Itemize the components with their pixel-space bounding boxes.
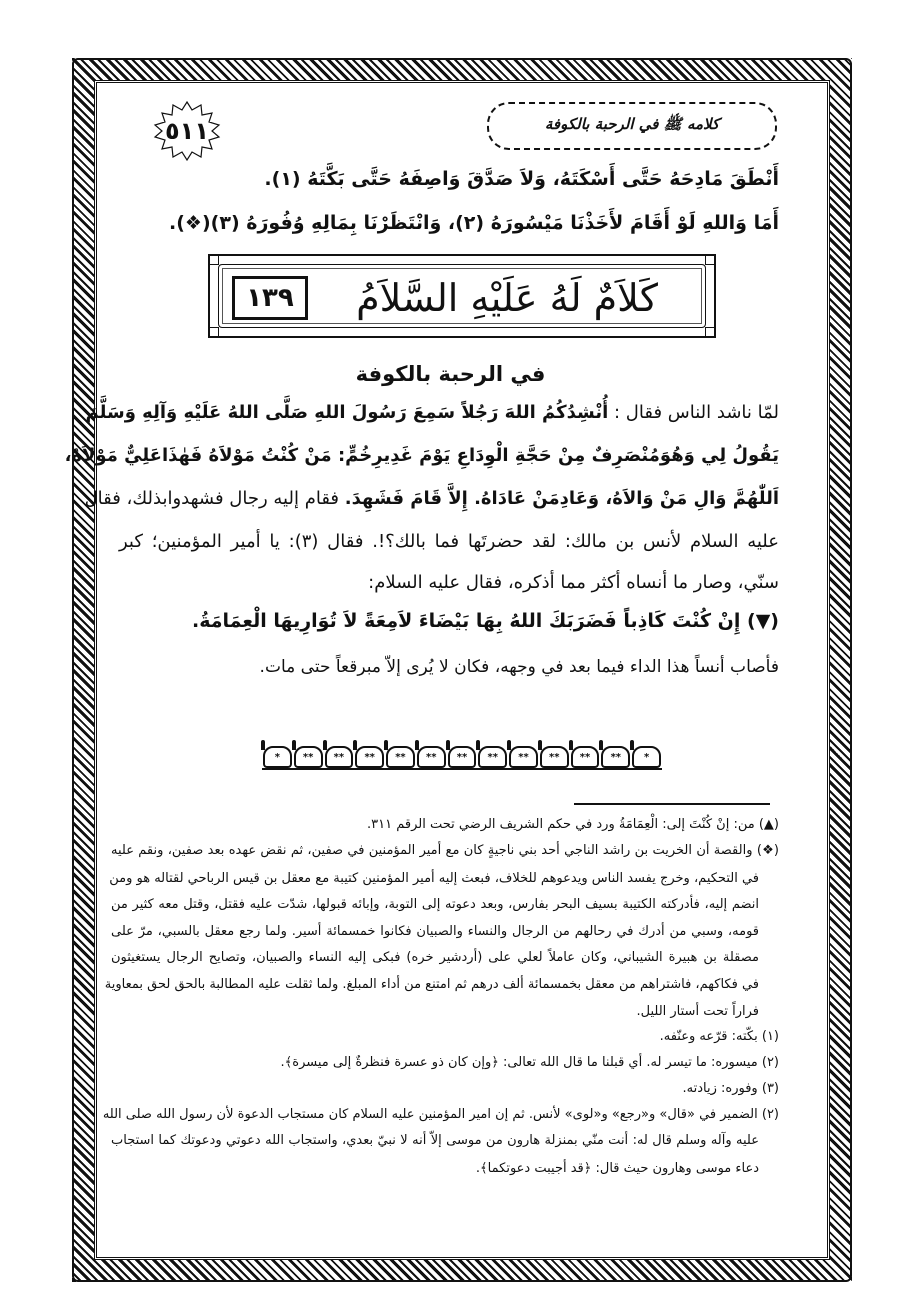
footnote-text: والقصة أن الخريت بن راشد الناجي أحد بني … <box>111 843 752 858</box>
running-header-text: كلامه ﷺ في الرحبة بالكوفة <box>545 115 719 137</box>
ornament-cell: ** <box>540 746 569 768</box>
body-line-plain: لمّا ناشد الناس فقال : <box>608 402 779 423</box>
footnote-line: (❖) والقصة أن الخريت بن راشد الناجي أحد … <box>111 838 779 864</box>
ornament-cell: * <box>263 746 292 768</box>
footnote-marker: (❖) <box>757 843 779 858</box>
page-number-badge: ٥١١ <box>152 100 222 162</box>
footnote-line: دعاء موسى وهارون حيث قال: ﴿قد أجيبت دعوت… <box>111 1156 759 1182</box>
footnote-line: (٢) ميسوره: ما تيسر له. أي قبلنا ما قال … <box>111 1050 779 1076</box>
footnote-line: مصقلة بن هبيرة الشيباني، وكان عاملاً لعل… <box>111 945 759 971</box>
running-header: كلامه ﷺ في الرحبة بالكوفة <box>487 102 777 150</box>
ornament-cell: ** <box>601 746 630 768</box>
footnote-line: (٣) وفوره: زيادته. <box>111 1076 779 1102</box>
ornament-cell: * <box>632 746 661 768</box>
footnote-text: ميسوره: ما تيسر له. أي قبلنا ما قال الله… <box>281 1055 758 1070</box>
body-line-quote: يَقُولُ لِي وَهُوَمُنْصَرِفٌ مِنْ حَجَّة… <box>65 445 779 466</box>
section-number: ١٣٩ <box>232 276 308 320</box>
ornament-cell: ** <box>417 746 446 768</box>
footnote-text: عليه وآله وسلم قال له: أنت منّي بمنزلة ه… <box>111 1133 759 1148</box>
footnote-text: انضم إليه، فأدركته الكتيبة بسيف البحر بف… <box>111 897 759 912</box>
section-title: كَلاَمٌ لَهُ عَلَيْهِ السَّلاَمُ <box>320 270 694 326</box>
section-subtitle: في الرحبة بالكوفة <box>0 362 901 386</box>
intro-verse-1: أَنْطَقَ مَادِحَهُ حَتَّى أَسْكَتَهُ، وَ… <box>264 168 779 190</box>
body-line-2: يَقُولُ لِي وَهُوَمُنْصَرِفٌ مِنْ حَجَّة… <box>119 445 779 466</box>
footnote-line: (١) بكّته: قرّعه وعنّفه. <box>111 1024 779 1050</box>
footnote-line: في فكاكهم، فاشتراهم من معقل بخمسمائة ألف… <box>111 972 759 998</box>
footnote-text: من: إنْ كُنْتَ إلى: الْعِمَامَةُ ورد في … <box>367 817 755 832</box>
body-line-plain: عليه السلام لأنس بن مالك: لقد حضرتَها فم… <box>119 531 779 552</box>
footnote-line: (٢) الضمير في «قال» و«رجع» و«لوى» لأنس. … <box>111 1102 779 1128</box>
corner-ornament <box>705 327 715 337</box>
quote-line: (▼) إِنْ كُنْتَ كَاذِباً فَضَرَبَكَ الله… <box>119 610 779 632</box>
corner-ornament <box>209 255 219 265</box>
body-line-3: اَللّٰهُمَّ وَالِ مَنْ وَالاَهُ، وَعَادِ… <box>119 488 779 509</box>
footnote-text: دعاء موسى وهارون حيث قال: ﴿قد أجيبت دعوت… <box>476 1161 759 1176</box>
footnote-line: عليه وآله وسلم قال له: أنت منّي بمنزلة ه… <box>111 1128 759 1154</box>
body-line-quote: اَللّٰهُمَّ وَالِ مَنْ وَالاَهُ، وَعَادِ… <box>345 488 779 509</box>
corner-ornament <box>209 327 219 337</box>
footnote-text: في فكاكهم، فاشتراهم من معقل بخمسمائة ألف… <box>105 977 759 992</box>
page-number: ٥١١ <box>165 117 209 145</box>
footnote-line: (▲) من: إنْ كُنْتَ إلى: الْعِمَامَةُ ورد… <box>111 812 779 838</box>
body-line-plain: فقام إليه رجال فشهدوابذلك، فقال <box>85 488 345 509</box>
footnote-line: فراراً تحت أستار الليل. <box>111 999 759 1025</box>
footnote-line: انضم إليه، فأدركته الكتيبة بسيف البحر بف… <box>111 892 759 918</box>
ornament-cell: ** <box>478 746 507 768</box>
ornament-cell: ** <box>386 746 415 768</box>
footnote-text: الضمير في «قال» و«رجع» و«لوى» لأنس. ثم إ… <box>103 1107 758 1122</box>
footnote-marker: (٢) <box>762 1107 779 1122</box>
footnote-separator <box>574 803 770 805</box>
ornamental-divider: ************************ <box>262 742 662 770</box>
footnote-text: مصقلة بن هبيرة الشيباني، وكان عاملاً لعل… <box>111 950 759 965</box>
footnote-line: قومه، وسبي من أدرك في رحالهم من الرجال و… <box>111 919 759 945</box>
footnote-text: بكّته: قرّعه وعنّفه. <box>660 1029 758 1044</box>
footnote-text: في التحكيم، وخرج يفسد الناس ويدعوهم للخل… <box>109 871 759 886</box>
body-line-plain: سنّي، وصار ما أنساه أكثر مما أذكره، فقال… <box>368 572 779 593</box>
footnote-line: في التحكيم، وخرج يفسد الناس ويدعوهم للخل… <box>111 866 759 892</box>
footnote-marker: (▲) <box>759 817 779 832</box>
body-line-quote: أُنْشِدُكُمُ اللهَ رَجُلاً سَمِعَ رَسُول… <box>86 402 609 423</box>
body-line-4: عليه السلام لأنس بن مالك: لقد حضرتَها فم… <box>119 531 779 552</box>
closing-line: فأصاب أنساً هذا الداء فيما بعد في وجهه، … <box>119 657 779 677</box>
ornament-cell: ** <box>355 746 384 768</box>
intro-verse-2: أَمَا وَاللهِ لَوْ أَقَامَ لأَخَذْنَا مَ… <box>169 212 779 234</box>
body-line-5: سنّي، وصار ما أنساه أكثر مما أذكره، فقال… <box>119 572 779 593</box>
ornament-cell: ** <box>571 746 600 768</box>
footnote-text: قومه، وسبي من أدرك في رحالهم من الرجال و… <box>111 924 759 939</box>
body-line-1: لمّا ناشد الناس فقال : أُنْشِدُكُمُ الله… <box>119 402 779 423</box>
footnote-text: فراراً تحت أستار الليل. <box>636 1004 759 1019</box>
footnote-marker: (٣) <box>762 1081 779 1096</box>
footnote-text: وفوره: زيادته. <box>683 1081 758 1096</box>
ornament-cell: ** <box>448 746 477 768</box>
corner-ornament <box>705 255 715 265</box>
footnote-marker: (٢) <box>762 1055 779 1070</box>
ornament-cell: ** <box>325 746 354 768</box>
ornament-cell: ** <box>509 746 538 768</box>
footnote-marker: (١) <box>762 1029 779 1044</box>
section-title-box: ١٣٩ كَلاَمٌ لَهُ عَلَيْهِ السَّلاَمُ <box>208 254 716 338</box>
ornament-cell: ** <box>294 746 323 768</box>
